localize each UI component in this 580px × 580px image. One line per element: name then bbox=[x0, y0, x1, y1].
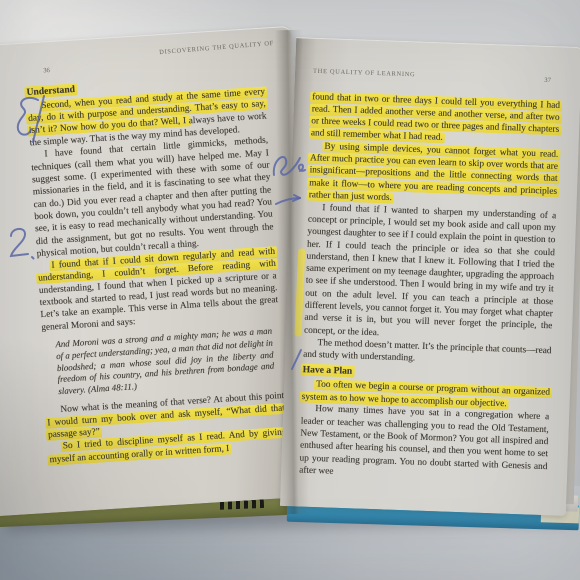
highlighted-text: By using simple devices, you cannot forg… bbox=[307, 141, 561, 204]
text-run: always have to work the simple way. That… bbox=[29, 111, 266, 148]
paragraph: Now what is the meaning of that verse? A… bbox=[46, 390, 286, 442]
right-page-number: 37 bbox=[544, 77, 551, 84]
highlighted-text: I found that if I could sit down regular… bbox=[36, 246, 278, 284]
paragraph: I found that if I wanted to sharpen my u… bbox=[304, 201, 557, 345]
numeral-2-mark bbox=[5, 224, 37, 264]
text-run: I have found that certain little gimmick… bbox=[31, 136, 274, 259]
text-run: understanding, I found that when I picke… bbox=[39, 271, 279, 333]
text-run: Now what is the meaning of that verse? A… bbox=[60, 391, 284, 415]
section-heading: Understand bbox=[26, 72, 264, 99]
blockquote: And Moroni was a strong and a mighty man… bbox=[55, 326, 275, 398]
highlighted-text: found that in two or three days I could … bbox=[309, 91, 563, 144]
arrow-mark bbox=[274, 192, 304, 208]
left-page: 36 DISCOVERING THE QUALITY OF Understand… bbox=[0, 26, 320, 517]
text-run: I found that if I wanted to sharpen my u… bbox=[304, 203, 556, 338]
highlighted-text: So I tried to discipline myself as I rea… bbox=[47, 427, 288, 465]
highlighted-text: Second, when you read and study at the s… bbox=[26, 86, 268, 137]
highlighted-text: Have a Plan bbox=[300, 364, 354, 378]
script-flourish-mark bbox=[8, 92, 48, 148]
highlighted-text: I would turn my book over and ask myself… bbox=[45, 403, 287, 441]
paragraph: How many times have you sat in a congreg… bbox=[299, 403, 549, 485]
paragraph: found that in two or three days I could … bbox=[311, 91, 561, 149]
tick-mark bbox=[288, 348, 304, 372]
left-page-text: UnderstandSecond, when you read and stud… bbox=[26, 69, 288, 467]
right-page: THE QUALITY OF LEARNING 37 found that in… bbox=[280, 37, 580, 516]
paragraph: I found that if I could sit down regular… bbox=[37, 245, 279, 334]
right-running-head: THE QUALITY OF LEARNING bbox=[313, 68, 415, 79]
left-page-number: 36 bbox=[43, 67, 50, 74]
scribble-mark bbox=[270, 148, 308, 182]
text-run: And Moroni was a strong and a mighty man… bbox=[55, 326, 274, 397]
book-photo-scene: 36 DISCOVERING THE QUALITY OF Understand… bbox=[0, 0, 580, 580]
paragraph: So I tried to discipline myself as I rea… bbox=[49, 427, 288, 466]
text-run: How many times have you sat in a congreg… bbox=[299, 404, 549, 476]
left-running-head: DISCOVERING THE QUALITY OF bbox=[159, 40, 274, 56]
paragraph: Second, when you read and study at the s… bbox=[27, 86, 268, 150]
paragraph: I have found that certain little gimmick… bbox=[30, 135, 274, 260]
right-page-text: found that in two or three days I could … bbox=[299, 91, 560, 486]
paragraph: By using simple devices, you cannot forg… bbox=[309, 140, 559, 210]
